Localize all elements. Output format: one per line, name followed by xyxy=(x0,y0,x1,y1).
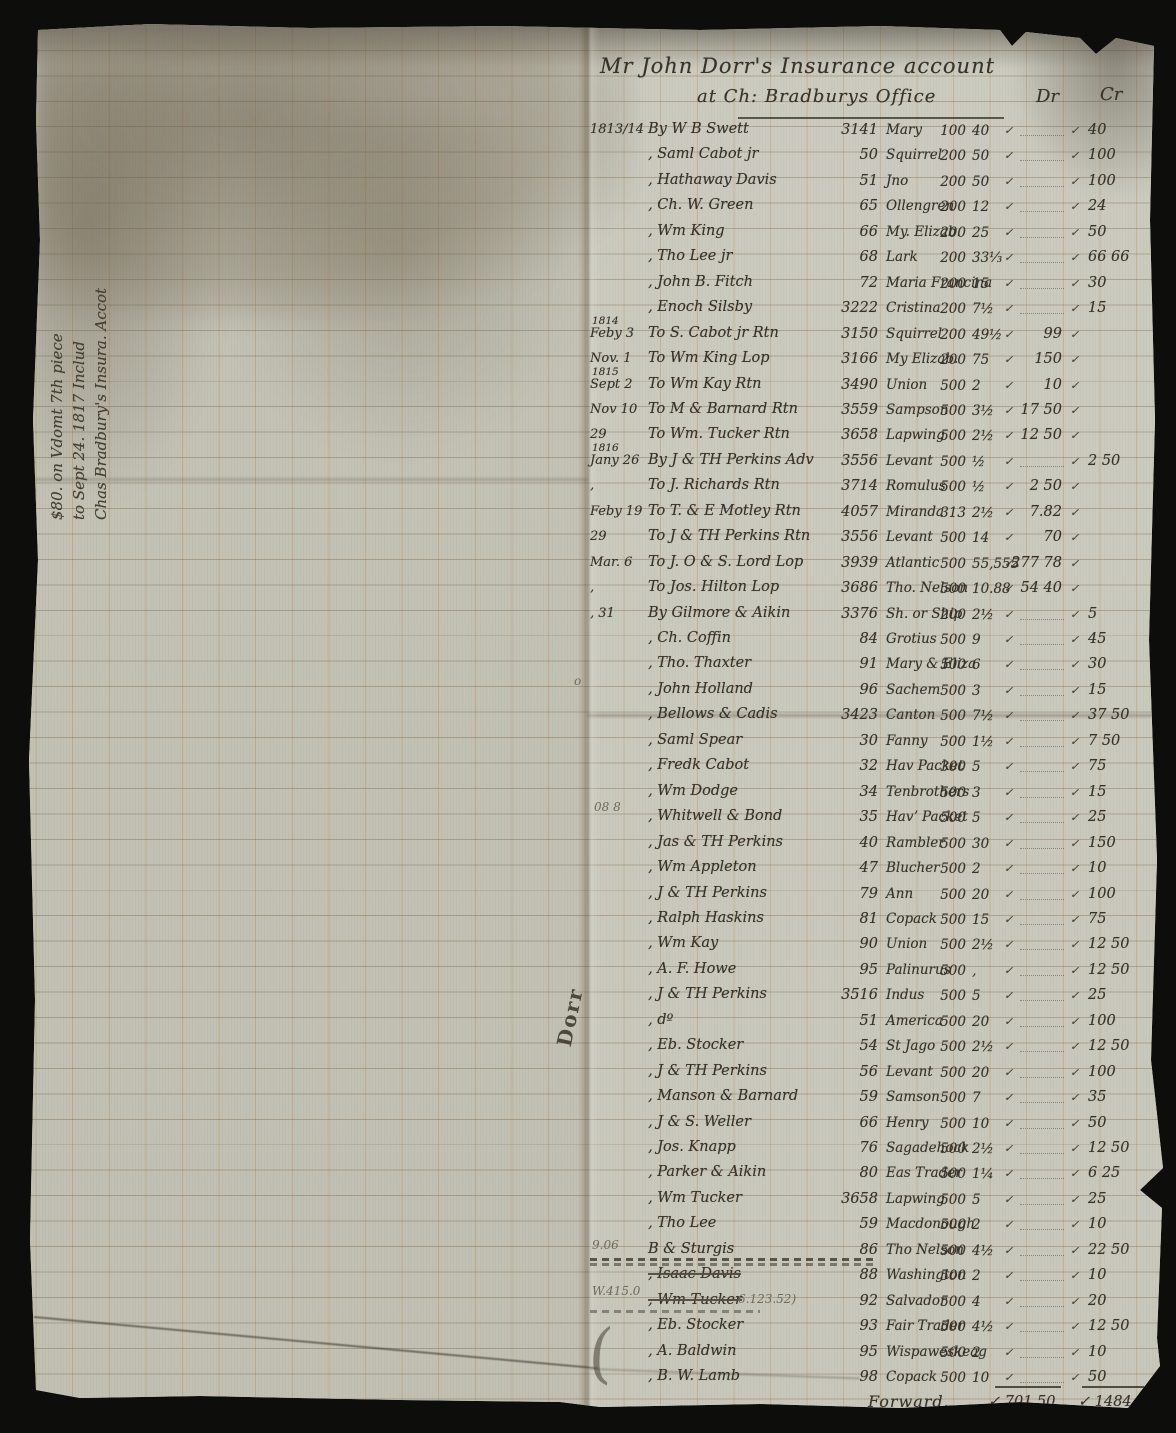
table-row: ‚ dº51America50020✓✓100 xyxy=(588,1011,1176,1036)
premium-rate: 3 xyxy=(972,683,1006,699)
pencil-dash-line xyxy=(590,1310,760,1313)
table-row: ‚ John Holland96Sachem5003✓✓15 xyxy=(588,680,1176,705)
page-subtitle: at Ch: Bradburys Office xyxy=(697,86,936,107)
premium-rate: 20 xyxy=(972,887,1006,903)
check-mark: ✓ xyxy=(1004,1218,1013,1231)
table-row: ‚ 31By Gilmore & Aikin3376Sh. or Ship200… xyxy=(588,604,1176,629)
dr-value: 150 xyxy=(1004,351,1062,367)
amount-insured: 500 xyxy=(920,530,966,546)
check-mark: ✓ xyxy=(1004,1167,1013,1180)
premium-rate: 4½ xyxy=(972,1319,1006,1335)
premium-rate: 25 xyxy=(972,225,1006,241)
premium-rate: 9 xyxy=(972,632,1006,648)
insured-name: ‚ Wm Dodge xyxy=(648,783,834,799)
check-mark: ✓ xyxy=(1070,1015,1079,1028)
total-rule-dr xyxy=(995,1386,1061,1388)
amount-insured: 200 xyxy=(920,250,966,266)
table-row: ‚ Saml Cabot jr50Squirrel20050✓✓100 xyxy=(588,145,1176,170)
table-row: ‚ Hathaway Davis51Jno20050✓✓100 xyxy=(588,171,1176,196)
insured-name: ‚ Parker & Aikin xyxy=(648,1164,834,1180)
amount-insured: 500 xyxy=(920,1014,966,1030)
cr-value: 37 50 xyxy=(1088,707,1152,723)
table-row: ‚ Eb. Stocker54St Jago5002½✓✓12 50 xyxy=(588,1036,1176,1061)
insured-name: ‚ Saml Spear xyxy=(648,732,834,748)
policy-number: 40 xyxy=(820,835,878,851)
table-row: ‚To J. Richards Rtn3714Romulus500½✓2 50✓ xyxy=(588,476,1176,501)
insured-name: To S. Cabot jr Rtn xyxy=(648,325,834,341)
check-mark: ✓ xyxy=(1070,1371,1079,1384)
policy-number: 32 xyxy=(820,758,878,774)
premium-rate: ‚ xyxy=(972,963,1006,979)
table-row: ‚ Parker & Aikin80Eas Trader5001¼✓✓6 25 xyxy=(588,1163,1176,1188)
dotted-leader xyxy=(1020,261,1064,263)
cr-value: 10 xyxy=(1088,860,1152,876)
insured-name: By W B Swett xyxy=(648,121,834,137)
dr-value: 2 50 xyxy=(1004,478,1062,494)
premium-rate: 2½ xyxy=(972,1141,1006,1157)
policy-number: 47 xyxy=(820,860,878,876)
table-row: ‚ Tho. Thaxter91Mary & Eliza5006✓✓30 xyxy=(588,654,1176,679)
premium-rate: 7½ xyxy=(972,708,1006,724)
premium-rate: 40 xyxy=(972,123,1006,139)
policy-number: 50 xyxy=(820,147,878,163)
insured-name: ‚ A. F. Howe xyxy=(648,961,834,977)
premium-rate: 2½ xyxy=(972,428,1006,444)
amount-insured: 500 xyxy=(920,378,966,394)
column-header-dr: Dr xyxy=(1036,86,1059,107)
premium-rate: 15 xyxy=(972,276,1006,292)
premium-rate: 2½ xyxy=(972,937,1006,953)
amount-insured: 500 xyxy=(920,1294,966,1310)
check-mark: ✓ xyxy=(1004,175,1013,188)
check-mark: ✓ xyxy=(1004,149,1013,162)
amount-insured: 500 xyxy=(920,479,966,495)
dotted-leader xyxy=(1020,1305,1064,1307)
policy-number: 3222 xyxy=(820,300,878,316)
cr-value: 12 50 xyxy=(1088,1038,1152,1054)
insured-name: ‚ Wm Appleton xyxy=(648,859,834,875)
title-underline xyxy=(738,117,1004,119)
check-mark: ✓ xyxy=(1070,658,1079,671)
policy-number: 59 xyxy=(820,1216,878,1232)
cr-value: 20 xyxy=(1088,1293,1152,1309)
policy-number: 3714 xyxy=(820,478,878,494)
cr-value: 2 50 xyxy=(1088,453,1152,469)
dotted-leader xyxy=(1020,134,1064,136)
check-mark: ✓ xyxy=(1070,1244,1079,1257)
photo-background: Chas Bradbury's Insura. Accot to Sept 24… xyxy=(0,0,1176,1433)
date-text: Feby 19 xyxy=(590,504,642,519)
policy-number: 79 xyxy=(820,886,878,902)
check-mark: ✓ xyxy=(1070,1066,1079,1079)
premium-rate: 20 xyxy=(972,1065,1006,1081)
date-text: ‚ xyxy=(590,580,594,595)
check-mark: ✓ xyxy=(1070,1218,1079,1231)
check-mark: ✓ xyxy=(1004,1142,1013,1155)
insured-name: ‚ J & TH Perkins xyxy=(648,885,834,901)
premium-rate: 20 xyxy=(972,1014,1006,1030)
insured-name: ‚ Fredk Cabot xyxy=(648,757,834,773)
check-mark: ✓ xyxy=(1070,480,1079,493)
insured-name: ‚ Jas & TH Perkins xyxy=(648,834,834,850)
check-mark: ✓ xyxy=(1070,1117,1079,1130)
table-row: 29To J & TH Perkins Rtn3556Levant50014✓7… xyxy=(588,527,1176,552)
policy-number: 96 xyxy=(820,682,878,698)
check-mark: ✓ xyxy=(1004,1015,1013,1028)
insured-name: To J. Richards Rtn xyxy=(648,477,834,493)
dotted-leader xyxy=(1020,185,1064,187)
dotted-leader xyxy=(1020,668,1064,670)
check-mark: ✓ xyxy=(1070,277,1079,290)
amount-insured: 313 xyxy=(920,505,966,521)
amount-insured: 200 xyxy=(920,225,966,241)
check-mark: ✓ xyxy=(1004,709,1013,722)
check-mark: ✓ xyxy=(1070,302,1079,315)
check-mark: ✓ xyxy=(1070,175,1079,188)
date-text: Feby 3 xyxy=(590,326,634,341)
dotted-leader xyxy=(1020,821,1064,823)
table-row: ‚ J & S. Weller66Henry50010✓✓50 xyxy=(588,1113,1176,1138)
check-mark: ✓ xyxy=(1004,964,1013,977)
policy-number: 66 xyxy=(820,224,878,240)
insured-name: To Wm King Lop xyxy=(648,350,834,366)
dotted-leader xyxy=(1020,1356,1064,1358)
insured-name: ‚ A. Baldwin xyxy=(648,1343,834,1359)
insured-name: ‚ Eb. Stocker xyxy=(648,1317,834,1333)
dr-value: 7.82 xyxy=(1004,504,1062,520)
pencil-note-08: 08 8 xyxy=(594,800,621,814)
check-mark: ✓ xyxy=(1070,1346,1079,1359)
cr-value: 5 xyxy=(1088,606,1152,622)
premium-rate: 2 xyxy=(972,1217,1006,1233)
table-row: ‚ Manson & Barnard59Samson5007✓✓35 xyxy=(588,1087,1176,1112)
insured-name: ‚ John Holland xyxy=(648,681,834,697)
policy-number: 3658 xyxy=(820,427,878,443)
amount-insured: 200 xyxy=(920,148,966,164)
insured-name: B & Sturgis xyxy=(648,1241,834,1257)
amount-insured: 500 xyxy=(920,1065,966,1081)
amount-insured: 200 xyxy=(920,607,966,623)
amount-insured: 500 xyxy=(920,1141,966,1157)
check-mark: ✓ xyxy=(1070,1295,1079,1308)
check-mark: ✓ xyxy=(1004,888,1013,901)
check-mark: ✓ xyxy=(1004,811,1013,824)
premium-rate: 10.88 xyxy=(972,581,1006,597)
cr-value: 24 xyxy=(1088,198,1152,214)
dotted-leader xyxy=(1020,1152,1064,1154)
dr-value: 54 40 xyxy=(1004,580,1062,596)
amount-insured: 100 xyxy=(920,123,966,139)
premium-rate: 2½ xyxy=(972,1039,1006,1055)
docket-line: Chas Bradbury's Insura. Accot xyxy=(90,170,112,520)
cr-value: 22 50 xyxy=(1088,1242,1152,1258)
premium-rate: 2½ xyxy=(972,607,1006,623)
table-row: B & Sturgis86Tho Nelson5004½✓✓22 50 xyxy=(588,1240,1176,1265)
check-mark: ✓ xyxy=(1070,608,1079,621)
premium-rate: 3½ xyxy=(972,403,1006,419)
dr-value: 10 xyxy=(1004,377,1062,393)
premium-rate: 2 xyxy=(972,861,1006,877)
dotted-leader xyxy=(1020,1101,1064,1103)
amount-insured: 500 xyxy=(920,657,966,673)
cr-value: 25 xyxy=(1088,809,1152,825)
cr-value: 7 50 xyxy=(1088,733,1152,749)
check-mark: ✓ xyxy=(1004,1066,1013,1079)
cr-value: 15 xyxy=(1088,682,1152,698)
cr-value: 40 xyxy=(1088,122,1152,138)
check-mark: ✓ xyxy=(1070,200,1079,213)
cr-value: 25 xyxy=(1088,1191,1152,1207)
date-text: 29 xyxy=(590,427,607,442)
dotted-leader xyxy=(1020,694,1064,696)
amount-insured: 500 xyxy=(920,785,966,801)
forward-label: Forward. xyxy=(868,1392,950,1411)
table-row: ‚ Ralph Haskins81Copack50015✓✓75 xyxy=(588,909,1176,934)
premium-rate: 1¼ xyxy=(972,1166,1006,1182)
premium-rate: 14 xyxy=(972,530,1006,546)
check-mark: ✓ xyxy=(1070,455,1079,468)
insured-name: To Wm. Tucker Rtn xyxy=(648,426,834,442)
amount-insured: 500 xyxy=(920,810,966,826)
insured-name: ‚ dº xyxy=(648,1012,834,1028)
table-row: ‚ Isaac Davis88Washington5002✓✓10 xyxy=(588,1265,1176,1290)
cr-value: 50 xyxy=(1088,224,1152,240)
insured-name: To J & TH Perkins Rtn xyxy=(648,528,834,544)
check-mark: ✓ xyxy=(1070,557,1079,570)
policy-number: 59 xyxy=(820,1089,878,1105)
premium-rate: 5 xyxy=(972,1192,1006,1208)
cr-value: 150 xyxy=(1088,835,1152,851)
policy-number: 92 xyxy=(820,1293,878,1309)
insured-name: To T. & E Motley Rtn xyxy=(648,503,834,519)
column-header-cr: Cr xyxy=(1100,84,1122,105)
table-row: ‚ A. F. Howe95Palinurus500‚✓✓12 50 xyxy=(588,960,1176,985)
table-row: ‚ Wm Kay90Union5002½✓✓12 50 xyxy=(588,934,1176,959)
premium-rate: 4½ xyxy=(972,1243,1006,1259)
amount-insured: 500 xyxy=(920,963,966,979)
date-text: ‚ xyxy=(590,478,594,493)
check-mark: ✓ xyxy=(1070,506,1079,519)
policy-number: 3559 xyxy=(820,402,878,418)
table-row: ‚ Bellows & Cadis3423Canton5007½✓✓37 50 xyxy=(588,705,1176,730)
table-row: ‚ Tho Lee59Macdonough5002✓✓10 xyxy=(588,1214,1176,1239)
amount-insured: 500 xyxy=(920,1243,966,1259)
amount-insured: 500 xyxy=(920,454,966,470)
amount-insured: 500 xyxy=(920,861,966,877)
check-mark: ✓ xyxy=(1004,862,1013,875)
cr-value: 30 xyxy=(1088,656,1152,672)
policy-number: 56 xyxy=(820,1064,878,1080)
check-mark: ✓ xyxy=(1070,1091,1079,1104)
cr-value: 100 xyxy=(1088,147,1152,163)
insured-name: ‚ Jos. Knapp xyxy=(648,1139,834,1155)
forward-dr-total: ✓ 701 50 xyxy=(988,1394,1056,1410)
check-mark: ✓ xyxy=(1070,1142,1079,1155)
insured-name: ‚ J & TH Perkins xyxy=(648,986,834,1002)
insured-name: To M & Barnard Rtn xyxy=(648,401,834,417)
amount-insured: 500 xyxy=(920,912,966,928)
pencil-dash-line xyxy=(590,1258,878,1261)
premium-rate: 5 xyxy=(972,988,1006,1004)
insured-name: ‚ Bellows & Cadis xyxy=(648,706,834,722)
dotted-leader xyxy=(1020,1228,1064,1230)
check-mark: ✓ xyxy=(1004,735,1013,748)
check-mark: ✓ xyxy=(1070,786,1079,799)
amount-insured: 200 xyxy=(920,301,966,317)
policy-number: 3166 xyxy=(820,351,878,367)
premium-rate: 6 xyxy=(972,657,1006,673)
check-mark: ✓ xyxy=(1070,429,1079,442)
amount-insured: 500 xyxy=(920,1166,966,1182)
amount-insured: 500 xyxy=(920,1345,966,1361)
premium-rate: ½ xyxy=(972,454,1006,470)
premium-rate: 2½ xyxy=(972,505,1006,521)
table-row: Mar. 6To J. O & S. Lord Lop3939Atlantic5… xyxy=(588,553,1176,578)
insured-name: ‚ Saml Cabot jr xyxy=(648,146,834,162)
pencil-dash-line xyxy=(590,1263,878,1266)
table-row: ‚ J & TH Perkins3516Indus5005✓✓25 xyxy=(588,985,1176,1010)
insured-name: ‚ Hathaway Davis xyxy=(648,172,834,188)
insured-name: ‚ John B. Fitch xyxy=(648,274,834,290)
policy-number: 65 xyxy=(820,198,878,214)
check-mark: ✓ xyxy=(1004,302,1013,315)
total-rule-cr xyxy=(1082,1386,1150,1388)
check-mark: ✓ xyxy=(1004,760,1013,773)
pencil-note-906: 9.06 xyxy=(592,1238,619,1252)
insured-name: To Jos. Hilton Lop xyxy=(648,579,834,595)
policy-number: 3150 xyxy=(820,326,878,342)
premium-rate: 49½ xyxy=(972,327,1006,343)
table-row: 1813/14By W B Swett3141Mary10040✓✓40 xyxy=(588,120,1176,145)
check-mark: ✓ xyxy=(1004,837,1013,850)
dotted-leader xyxy=(1020,236,1064,238)
amount-insured: 500 xyxy=(920,1370,966,1386)
check-mark: ✓ xyxy=(1070,709,1079,722)
policy-number: 54 xyxy=(820,1038,878,1054)
dotted-leader xyxy=(1020,312,1064,314)
date-text: Jany 26 xyxy=(590,453,639,468)
dotted-leader xyxy=(1020,1177,1064,1179)
dotted-leader xyxy=(1020,1279,1064,1281)
check-mark: ✓ xyxy=(1004,277,1013,290)
table-row: Nov 10To M & Barnard Rtn3559Sampson5003½… xyxy=(588,400,1176,425)
table-row: ‚ J & TH Perkins79Ann50020✓✓100 xyxy=(588,884,1176,909)
check-mark: ✓ xyxy=(1004,658,1013,671)
date-text: 29 xyxy=(590,529,607,544)
amount-insured: 200 xyxy=(920,174,966,190)
check-mark: ✓ xyxy=(1070,1193,1079,1206)
insured-name: ‚ Wm King xyxy=(648,223,834,239)
dotted-leader xyxy=(1020,1330,1064,1332)
amount-insured: 500 xyxy=(920,683,966,699)
check-mark: ✓ xyxy=(1004,1040,1013,1053)
cr-value: 50 xyxy=(1088,1369,1152,1385)
dotted-leader xyxy=(1020,1050,1064,1052)
policy-number: 51 xyxy=(820,173,878,189)
amount-insured: 500 xyxy=(920,988,966,1004)
cr-value: 15 xyxy=(1088,784,1152,800)
table-row: ‚ Whitwell & Bond35Havʼ Packet5005✓✓25 xyxy=(588,807,1176,832)
dotted-leader xyxy=(1020,796,1064,798)
insured-name: ‚ Tho. Thaxter xyxy=(648,655,834,671)
premium-rate: 5 xyxy=(972,759,1006,775)
cr-value: 45 xyxy=(1088,631,1152,647)
amount-insured: 500 xyxy=(920,1192,966,1208)
check-mark: ✓ xyxy=(1070,1269,1079,1282)
check-mark: ✓ xyxy=(1070,1167,1079,1180)
check-mark: ✓ xyxy=(1004,684,1013,697)
table-row: ‚ Enoch Silsby3222Cristina2007½✓✓15 xyxy=(588,298,1176,323)
cr-value: 12 50 xyxy=(1088,962,1152,978)
table-row: 1815Sept 2To Wm Kay Rtn3490Union5002✓10✓ xyxy=(588,375,1176,400)
insured-name: ‚ Wm Kay xyxy=(648,935,834,951)
premium-rate: 50 xyxy=(972,148,1006,164)
cr-value: 25 xyxy=(1088,987,1152,1003)
date-text: ‚ 31 xyxy=(590,606,615,621)
cr-value: 100 xyxy=(1088,1064,1152,1080)
check-mark: ✓ xyxy=(1070,124,1079,137)
insured-name: ‚ Whitwell & Bond xyxy=(648,808,834,824)
policy-number: 3939 xyxy=(820,555,878,571)
cr-value: 15 xyxy=(1088,300,1152,316)
table-row: ‚ A. Baldwin95Wispaweskeag5002✓✓10 xyxy=(588,1342,1176,1367)
cr-value: 35 xyxy=(1088,1089,1152,1105)
check-mark: ✓ xyxy=(1004,124,1013,137)
check-mark: ✓ xyxy=(1070,251,1079,264)
amount-insured: 200 xyxy=(920,199,966,215)
amount-insured: 500 xyxy=(920,708,966,724)
check-mark: ✓ xyxy=(1004,1320,1013,1333)
table-row: 1816Jany 26By J & TH Perkins Adv3556Leva… xyxy=(588,451,1176,476)
dotted-leader xyxy=(1020,1025,1064,1027)
dotted-leader xyxy=(1020,847,1064,849)
table-row: ‚ Fredk Cabot32Hav Packet3005✓✓75 xyxy=(588,756,1176,781)
amount-insured: 500 xyxy=(920,887,966,903)
amount-insured: 500 xyxy=(920,937,966,953)
premium-rate: 10 xyxy=(972,1370,1006,1386)
insured-name: ‚ Ch. W. Green xyxy=(648,197,834,213)
dotted-leader xyxy=(1020,872,1064,874)
check-mark: ✓ xyxy=(1004,251,1013,264)
amount-insured: 500 xyxy=(920,581,966,597)
check-mark: ✓ xyxy=(1004,633,1013,646)
forward-cr-total: ✓ 1484 41 xyxy=(1078,1394,1155,1410)
policy-number: 66 xyxy=(820,1115,878,1131)
check-mark: ✓ xyxy=(1070,1320,1079,1333)
premium-rate: 55,555 xyxy=(972,556,1006,572)
date-text: Nov. 1 xyxy=(590,351,632,366)
check-mark: ✓ xyxy=(1004,913,1013,926)
insured-name: By J & TH Perkins Adv xyxy=(648,452,834,468)
check-mark: ✓ xyxy=(1004,1193,1013,1206)
table-row: ‚ Ch. W. Green65Ollengren20012✓✓24 xyxy=(588,196,1176,221)
amount-insured: 500 xyxy=(920,836,966,852)
policy-number: 80 xyxy=(820,1165,878,1181)
cr-value: 50 xyxy=(1088,1115,1152,1131)
premium-rate: 7½ xyxy=(972,301,1006,317)
check-mark: ✓ xyxy=(1070,760,1079,773)
premium-rate: 75 xyxy=(972,352,1006,368)
amount-insured: 200 xyxy=(920,352,966,368)
dotted-leader xyxy=(1020,898,1064,900)
table-row: ‚ J & TH Perkins56Levant50020✓✓100 xyxy=(588,1062,1176,1087)
premium-rate: 10 xyxy=(972,1116,1006,1132)
cr-value: 100 xyxy=(1088,886,1152,902)
insured-name: ‚ Eb. Stocker xyxy=(648,1037,834,1053)
check-mark: ✓ xyxy=(1004,455,1013,468)
table-row: ‚ B. W. Lamb98Copack50010✓✓50 xyxy=(588,1367,1176,1392)
check-mark: ✓ xyxy=(1070,735,1079,748)
